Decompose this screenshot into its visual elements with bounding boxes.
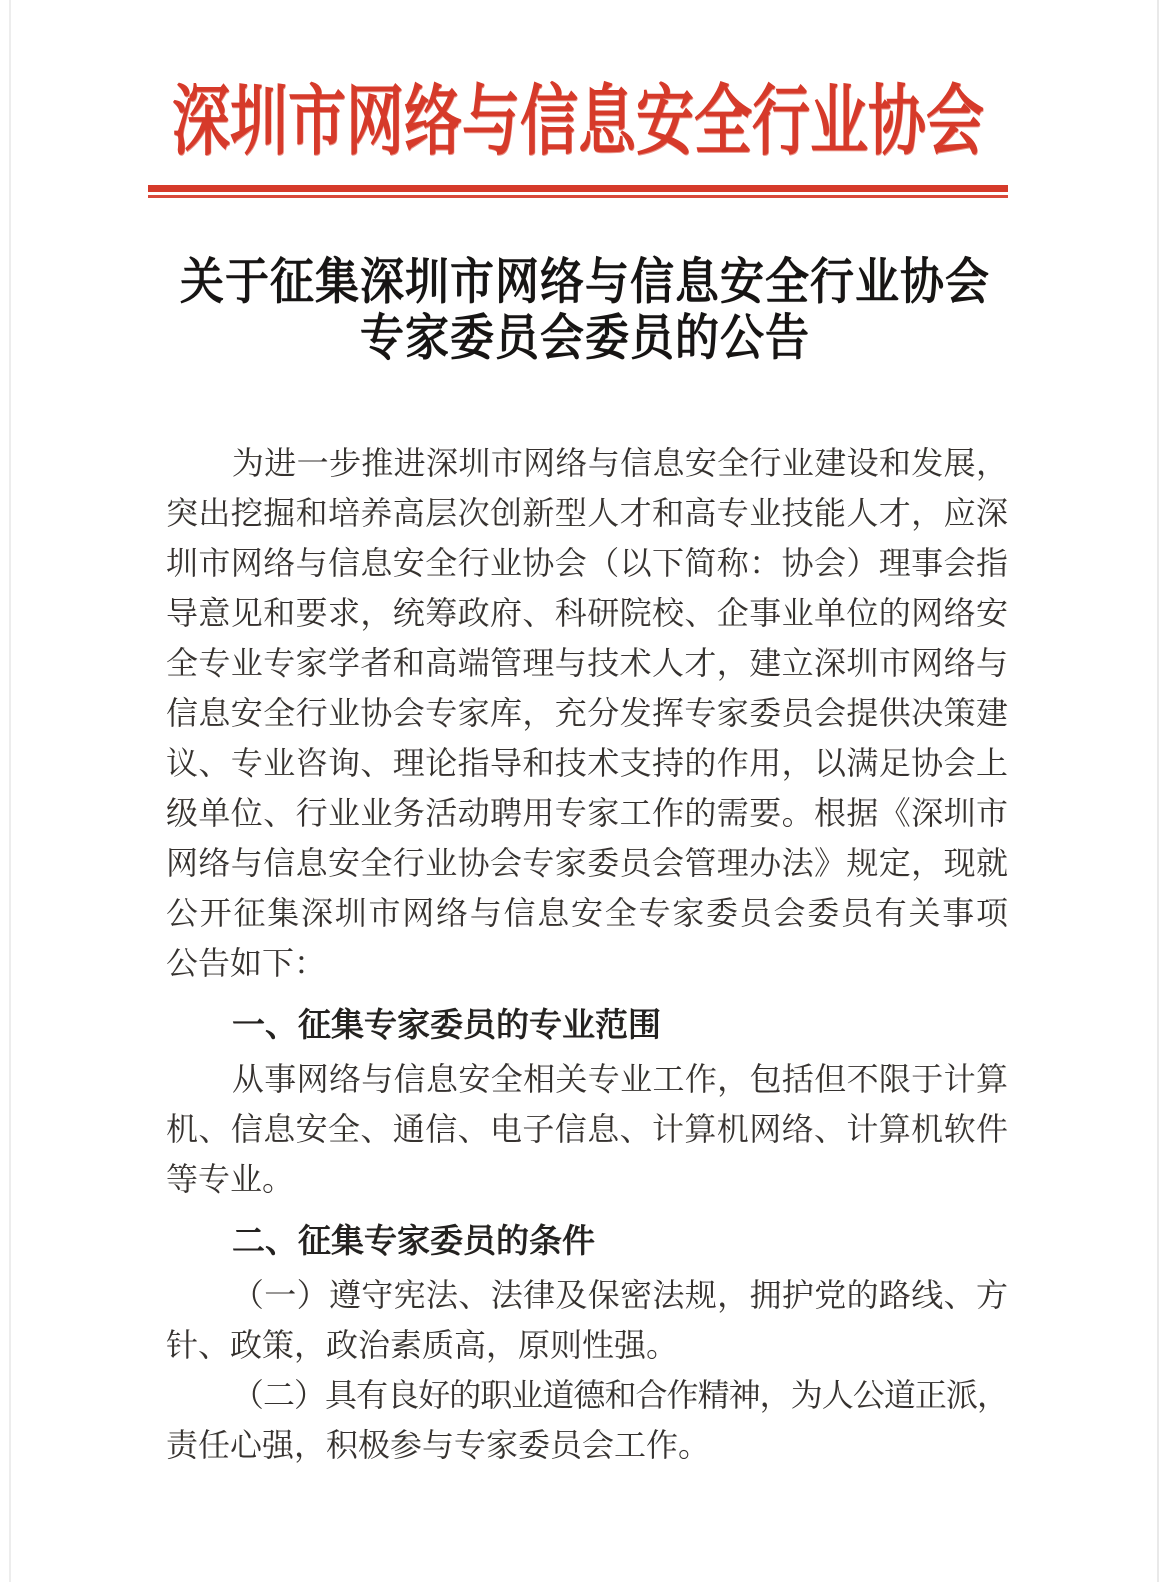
letterhead-org-name: 深圳市网络与信息安全行业协会 [172,63,984,182]
body-line: 为进一步推进深圳市网络与信息安全行业建设和发展， [166,438,1008,488]
body-line: 信息安全行业协会专家库，充分发挥专家委员会提供决策建 [166,688,1008,738]
section-heading: 一、征集专家委员的专业范围 [166,1000,1008,1050]
body-line: 级单位、行业业务活动聘用专家工作的需要。根据《深圳市 [166,788,1008,838]
body-line: 公告如下： [166,938,1008,988]
body-line: 从事网络与信息安全相关专业工作，包括但不限于计算 [166,1054,1008,1104]
body-line: 针、政策，政治素质高，原则性强。 [166,1320,1008,1370]
body-line: （二）具有良好的职业道德和合作精神，为人公道正派， [166,1370,1008,1420]
scan-seam-right [1157,0,1159,1582]
body-line: （一）遵守宪法、法律及保密法规，拥护党的路线、方 [166,1270,1008,1320]
section-heading: 二、征集专家委员的条件 [166,1216,1008,1266]
document-page: 深圳市网络与信息安全行业协会 关于征集深圳市网络与信息安全行业协会 专家委员会委… [0,0,1170,1582]
document-title: 关于征集深圳市网络与信息安全行业协会 专家委员会委员的公告 [0,258,1170,370]
document-body: 为进一步推进深圳市网络与信息安全行业建设和发展， 突出挖掘和培养高层次创新型人才… [166,438,1008,1470]
body-line: 导意见和要求，统筹政府、科研院校、企事业单位的网络安 [166,588,1008,638]
body-line: 等专业。 [166,1154,1008,1204]
letterhead: 深圳市网络与信息安全行业协会 [148,0,1008,198]
body-line: 责任心强，积极参与专家委员会工作。 [166,1420,1008,1470]
body-line: 圳市网络与信息安全行业协会（以下简称：协会）理事会指 [166,538,1008,588]
body-line: 议、专业咨询、理论指导和技术支持的作用，以满足协会上 [166,738,1008,788]
letterhead-rule-thick [148,185,1008,192]
body-line: 全专业专家学者和高端管理与技术人才，建立深圳市网络与 [166,638,1008,688]
scan-seam-left [9,0,11,1582]
document-title-line-2: 专家委员会委员的公告 [0,314,1170,370]
body-line: 网络与信息安全行业协会专家委员会管理办法》规定，现就 [166,838,1008,888]
letterhead-rule-thin [148,195,1008,198]
body-line: 机、信息安全、通信、电子信息、计算机网络、计算机软件 [166,1104,1008,1154]
body-line: 突出挖掘和培养高层次创新型人才和高专业技能人才，应深 [166,488,1008,538]
document-title-line-1: 关于征集深圳市网络与信息安全行业协会 [0,258,1170,314]
body-line: 公开征集深圳市网络与信息安全专家委员会委员有关事项 [166,888,1008,938]
